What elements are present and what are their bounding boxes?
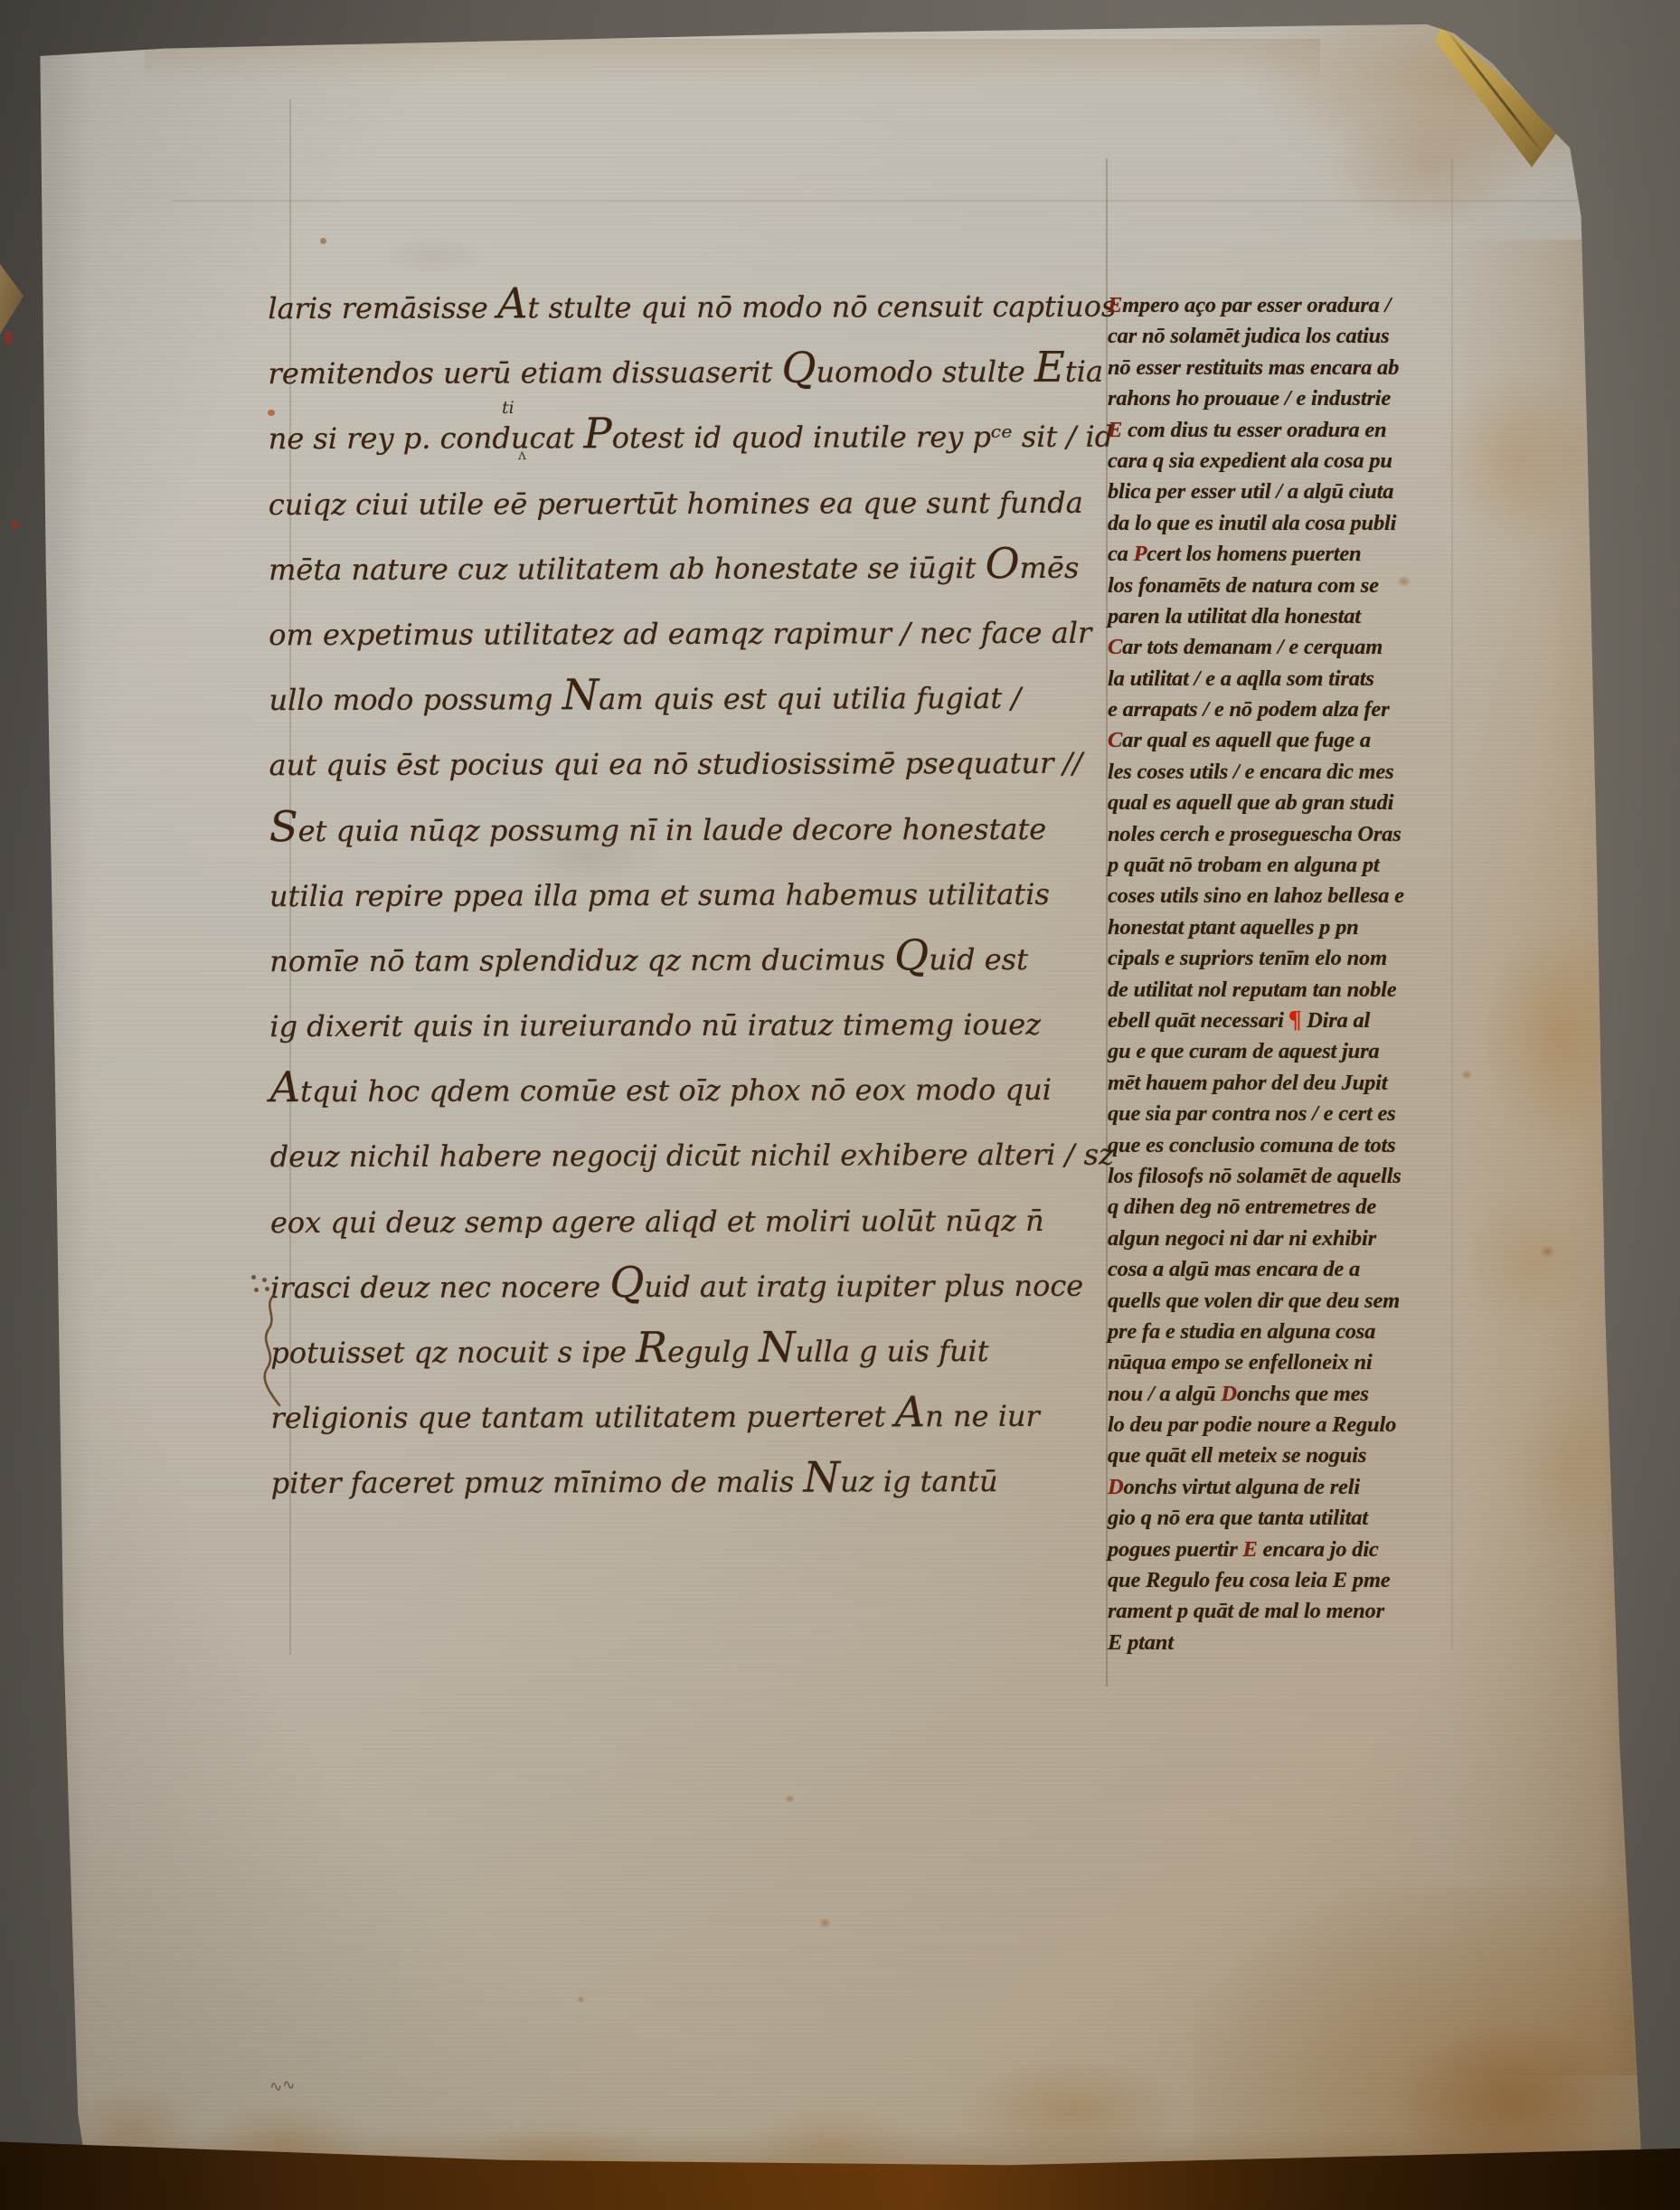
foxing-spot: [577, 1996, 585, 2003]
manuscript-text-line: ne si rey p. conducat Potest id quod inu…: [269, 404, 1055, 471]
manuscript-text-line: honestat ptant aquelles p pn: [1108, 912, 1460, 943]
manuscript-text-line: car nō solamēt judica los catius: [1108, 321, 1460, 352]
manuscript-text-line: Empero aço par esser oradura /: [1108, 290, 1460, 321]
manuscript-text-line: e arrapats / e nō podem alza fer: [1108, 694, 1460, 725]
manuscript-text-line: pogues puertir E encara jo dic: [1108, 1535, 1460, 1565]
manuscript-text-line: deuz nichil habere negocij dicūt nichil …: [270, 1122, 1057, 1189]
foxing-spot: [1540, 1245, 1555, 1258]
manuscript-text-line: Donchs virtut alguna de reli: [1108, 1472, 1460, 1503]
manuscript-text-line: que es conclusio comuna de tots: [1108, 1130, 1460, 1161]
manuscript-text-line: pre fa e studia en alguna cosa: [1108, 1317, 1460, 1347]
margin-brace-mark: [258, 1293, 285, 1411]
manuscript-text-line: nūqua empo se enfelloneix ni: [1108, 1347, 1460, 1378]
red-speck: [5, 331, 13, 345]
margin-dots-mark: [251, 1275, 256, 1280]
stain: [145, 39, 1320, 84]
manuscript-text-line: rahons ho prouaue / e industrie: [1108, 383, 1460, 414]
manuscript-text-line: que quāt ell meteix se noguis: [1108, 1440, 1460, 1471]
manuscript-text-line: cipals e supriors tenīm elo nom: [1108, 943, 1460, 974]
manuscript-text-line: om expetimus utilitatez ad eamqz rapimur…: [269, 600, 1055, 667]
manuscript-text-line: Atqui hoc qdem comūe est oīz phox nō eox…: [269, 1057, 1056, 1124]
background-object-edge: [0, 264, 24, 335]
stain: [1447, 240, 1641, 2075]
manuscript-text-line: ig dixerit quis in iureiurando nū iratuz…: [269, 992, 1056, 1059]
manuscript-text-line: eox qui deuz semp agere aliqd et moliri …: [270, 1187, 1057, 1254]
insertion-caret: ʌ: [518, 446, 526, 463]
manuscript-text-line: noles cerch e proseguescha Oras: [1108, 819, 1460, 850]
manuscript-text-line: cara q sia expedient ala cosa pu: [1108, 446, 1460, 477]
interlinear-insertion: ti: [502, 398, 514, 418]
manuscript-text-line: algun negoci ni dar ni exhibir: [1108, 1223, 1460, 1254]
manuscript-text-line: la utilitat / e a aqlla som tirats: [1108, 664, 1460, 694]
manuscript-text-line: que Regulo feu cosa leia E pme: [1108, 1565, 1460, 1596]
manuscript-text-line: les coses utils / e encara dic mes: [1108, 757, 1460, 788]
stain: [1465, 1189, 1591, 1334]
manuscript-text-line: laris remāsisse At stulte qui nō modo nō…: [268, 274, 1054, 341]
manuscript-text-line: aut quis ēst pocius qui ea nō studiosiss…: [269, 731, 1056, 798]
manuscript-text-line: gu e que curam de aquest jura: [1108, 1036, 1460, 1067]
stain: [958, 2057, 1184, 2166]
manuscript-text-line: blica per esser util / a algū ciuta: [1108, 477, 1460, 507]
manuscript-text-line: rament p quāt de mal lo menor: [1108, 1596, 1460, 1627]
catalan-column: Empero aço par esser oradura /car nō sol…: [1108, 290, 1460, 1658]
manuscript-text-line: qual es aquell que ab gran studi: [1108, 788, 1460, 818]
manuscript-text-line: q dihen deg nō entremetres de: [1108, 1192, 1460, 1223]
manuscript-text-line: los filosofs nō solamēt de aquells: [1108, 1161, 1460, 1192]
ink-smudge: ∿∿: [269, 2075, 297, 2097]
ink-speck: [320, 238, 326, 244]
corner-crease: [1445, 28, 1542, 151]
manuscript-text-line: irasci deuz nec nocere Quid aut iratg iu…: [270, 1253, 1057, 1320]
manuscript-text-line: ebell quāt necessari ¶ Dira al: [1108, 1006, 1460, 1036]
manuscript-text-line: ca Pcert los homens puerten: [1108, 539, 1460, 570]
red-speck: [11, 521, 20, 528]
manuscript-text-line: nomīe nō tam splendiduz qz ncm ducimus Q…: [269, 927, 1056, 994]
manuscript-text-line: Set quia nūqz possumg nī in laude decore…: [269, 796, 1056, 863]
manuscript-text-line: religionis que tantam utilitatem puerter…: [270, 1384, 1057, 1450]
manuscript-text-line: utilia repire ppea illa pma et suma habe…: [269, 862, 1056, 929]
manuscript-text-line: E ptant: [1108, 1628, 1460, 1658]
manuscript-text-line: piter faceret pmuz mīnimo de malis Nuz i…: [271, 1449, 1058, 1516]
manuscript-text-line: p quāt nō trobam en alguna pt: [1108, 850, 1460, 881]
manuscript-text-line: paren la utilitat dla honestat: [1108, 601, 1460, 632]
folio-number: 7: [1548, 51, 1578, 99]
manuscript-text-line: cuiqz ciui utile eē peruertūt homines ea…: [269, 469, 1055, 536]
manuscript-text-line: da lo que es inutil ala cosa publi: [1108, 508, 1460, 539]
manuscript-text-line: que sia par contra nos / e cert es: [1108, 1099, 1460, 1129]
foxing-spot: [819, 1918, 831, 1928]
manuscript-text-line: nou / a algū Donchs que mes: [1108, 1379, 1460, 1410]
manuscript-text-line: cosa a algū mas encara de a: [1108, 1254, 1460, 1285]
manuscript-text-line: E com dius tu esser oradura en: [1108, 415, 1460, 446]
manuscript-text-line: Car tots demanam / e cerquam: [1108, 632, 1460, 663]
manuscript-text-line: mēta nature cuz utilitatem ab honestate …: [269, 535, 1055, 602]
ruling-line-horizontal: [172, 200, 1582, 202]
stain: [1483, 918, 1637, 1153]
foxing-spot: [785, 1795, 795, 1803]
manuscript-text-line: remitendos uerū etiam dissuaserit Quomod…: [268, 339, 1054, 406]
manuscript-text-line: coses utils sino en lahoz bellesa e: [1108, 881, 1460, 911]
manuscript-text-line: los fonamēts de natura com se: [1108, 571, 1460, 601]
manuscript-text-line: quells que volen dir que deu sem: [1108, 1286, 1460, 1317]
stain: [1194, 1885, 1646, 2184]
manuscript-text-line: mēt hauem pahor del deu Jupit: [1108, 1068, 1460, 1099]
latin-column: laris remāsisse At stulte qui nō modo nō…: [268, 274, 1058, 1516]
show-through-ghost: [380, 235, 488, 276]
manuscript-text-line: de utilitat nol reputam tan noble: [1108, 975, 1460, 1006]
manuscript-text-line: potuisset qz nocuit s ipe Regulg Nulla g…: [270, 1318, 1057, 1385]
manuscript-text-line: Car qual es aquell que fuge a: [1108, 725, 1460, 756]
manuscript-text-line: ullo modo possumg Nam quis est qui utili…: [269, 666, 1055, 732]
manuscript-page: 7 laris remāsisse At stulte qui nō modo …: [36, 23, 1644, 2179]
stain: [1501, 1379, 1637, 1560]
manuscript-text-line: lo deu par podie noure a Regulo: [1108, 1410, 1460, 1440]
manuscript-text-line: gio q nō era que tanta utilitat: [1108, 1503, 1460, 1534]
manuscript-text-line: nō esser restituits mas encara ab: [1108, 353, 1460, 383]
photograph-background: 7 laris remāsisse At stulte qui nō modo …: [0, 0, 1680, 2210]
foxing-spot: [1461, 1070, 1472, 1080]
